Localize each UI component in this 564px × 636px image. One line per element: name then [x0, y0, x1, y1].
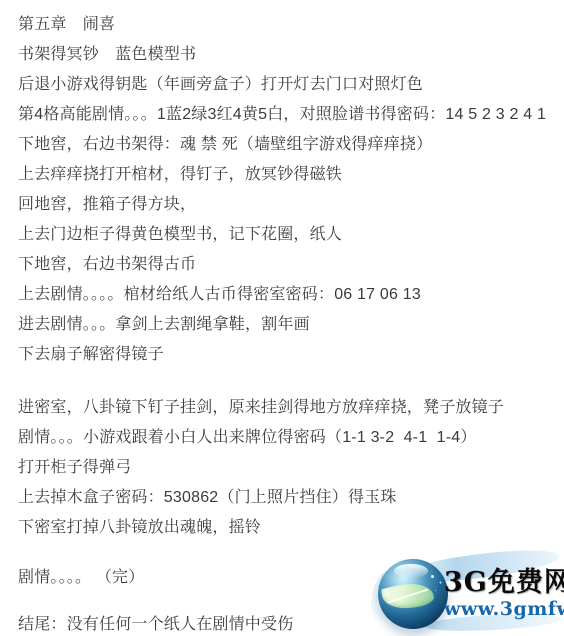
walkthrough-line: 上去痒痒挠打开棺材，得钉子，放冥钞得磁铁 [0, 160, 564, 190]
walkthrough-line: 进密室，八卦镜下钉子挂剑，原来挂剑得地方放痒痒挠，凳子放镜子 [0, 393, 564, 423]
sphere-highlight [394, 564, 428, 578]
walkthrough-line: 第4格高能剧情。。。1蓝2绿3红4黄5白，对照脸谱书得密码：14 5 2 3 2… [0, 100, 564, 130]
3gmfw-logo-icon [378, 559, 448, 629]
sphere-sparkles [431, 575, 434, 578]
paragraph-spacer [0, 370, 564, 393]
watermark-site-name: 3G免费网 [444, 568, 564, 598]
3gmfw-watermark: 3G免费网 www.3gmfw.cn [372, 552, 564, 636]
walkthrough-page: 第五章 闹喜 书架得冥钞 蓝色模型书 后退小游戏得钥匙（年画旁盒子）打开灯去门口… [0, 0, 564, 636]
walkthrough-line: 后退小游戏得钥匙（年画旁盒子）打开灯去门口对照灯色 [0, 70, 564, 100]
walkthrough-line: 书架得冥钞 蓝色模型书 [0, 40, 564, 70]
leaf-vein [388, 589, 429, 604]
leaf-icon [381, 577, 436, 614]
watermark-text-block: 3G免费网 www.3gmfw.cn [444, 568, 564, 620]
walkthrough-line: 打开柜子得弹弓 [0, 453, 564, 483]
walkthrough-line: 上去剧情。。。。棺材给纸人古币得密室密码：06 17 06 13 [0, 280, 564, 310]
walkthrough-line: 上去门边柜子得黄色模型书，记下花圈，纸人 [0, 220, 564, 250]
watermark-site-url: www.3gmfw.cn [444, 598, 564, 620]
walkthrough-line: 下地窖，右边书架得：魂 禁 死（墙壁组字游戏得痒痒挠） [0, 130, 564, 160]
walkthrough-line: 下密室打掉八卦镜放出魂魄，摇铃 [0, 513, 564, 543]
walkthrough-line: 下地窖，右边书架得古币 [0, 250, 564, 280]
walkthrough-line: 进去剧情。。。拿剑上去割绳拿鞋，割年画 [0, 310, 564, 340]
walkthrough-line: 回地窖，推箱子得方块， [0, 190, 564, 220]
walkthrough-line: 下去扇子解密得镜子 [0, 340, 564, 370]
chapter-title: 第五章 闹喜 [0, 10, 564, 40]
walkthrough-line: 剧情。。。小游戏跟着小白人出来牌位得密码（1-1 3-2 4-1 1-4） [0, 423, 564, 453]
walkthrough-line: 上去掉木盒子密码：530862（门上照片挡住）得玉珠 [0, 483, 564, 513]
